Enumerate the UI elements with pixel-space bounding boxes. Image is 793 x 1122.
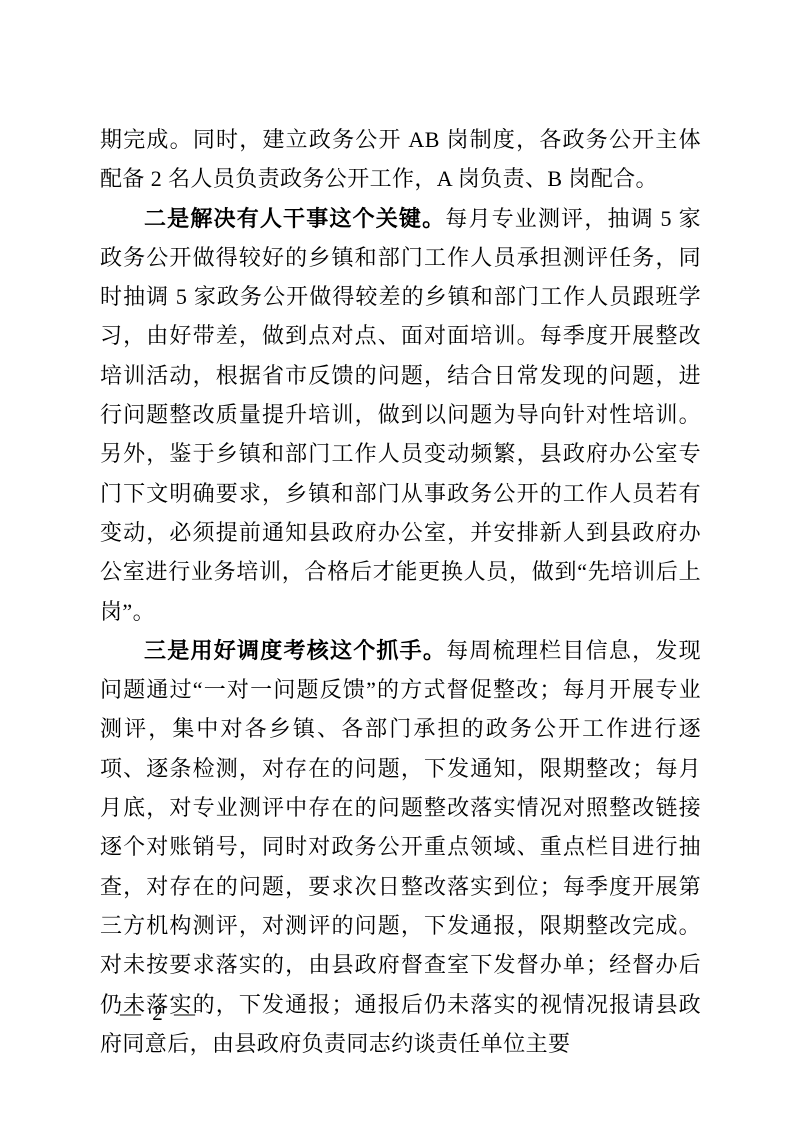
paragraph-continuation: 期完成。同时，建立政务公开 AB 岗制度，各政务公开主体配备 2 名人员负责政务… <box>100 120 701 199</box>
paragraph-text: 每周梳理栏目信息，发现问题通过“一对一问题反馈”的方式督促整改；每月开展专业测评… <box>100 638 701 1056</box>
paragraph-text: 期完成。同时，建立政务公开 AB 岗制度，各政务公开主体配备 2 名人员负责政务… <box>100 127 701 191</box>
document-page: 期完成。同时，建立政务公开 AB 岗制度，各政务公开主体配备 2 名人员负责政务… <box>0 0 793 1122</box>
paragraph-lead-bold: 二是解决有人干事这个关键。 <box>144 206 445 231</box>
page-number: — 2 — <box>120 1001 198 1026</box>
paragraph-text: 每月专业测评，抽调 5 家政务公开做得较好的乡镇和部门工作人员承担测评任务，同时… <box>100 206 701 624</box>
document-body: 期完成。同时，建立政务公开 AB 岗制度，各政务公开主体配备 2 名人员负责政务… <box>100 120 701 1063</box>
paragraph-point-three: 三是用好调度考核这个抓手。每周梳理栏目信息，发现问题通过“一对一问题反馈”的方式… <box>100 631 701 1063</box>
paragraph-point-two: 二是解决有人干事这个关键。每月专业测评，抽调 5 家政务公开做得较好的乡镇和部门… <box>100 199 701 631</box>
paragraph-lead-bold: 三是用好调度考核这个抓手。 <box>144 638 446 663</box>
